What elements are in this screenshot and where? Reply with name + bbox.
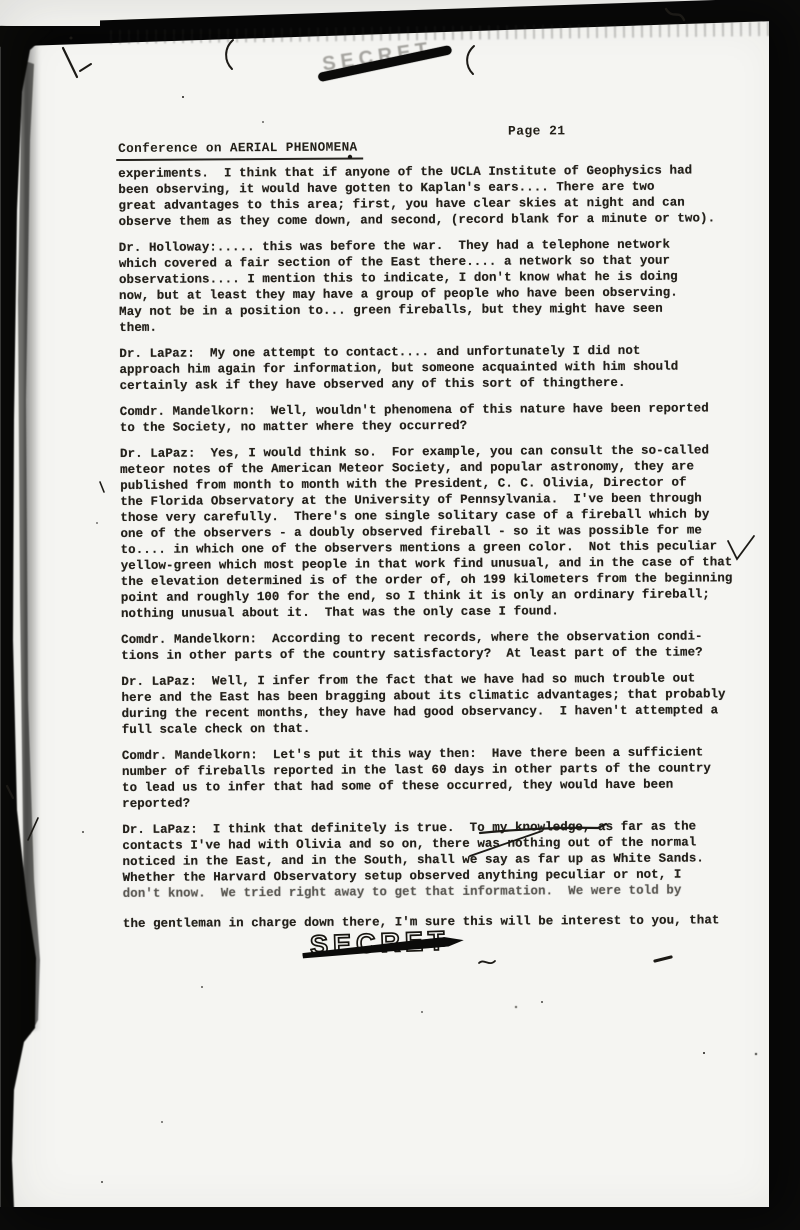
margin-tick-mark bbox=[100, 482, 104, 492]
page-number: Page 21 bbox=[508, 123, 566, 138]
page-content: Page 21 Conference on AERIAL PHENOMENA e… bbox=[118, 122, 763, 942]
transcript-paragraph-lapaz: Dr. LaPaz: I think that definitely is tr… bbox=[122, 818, 762, 886]
scan-mark-paren-left bbox=[226, 40, 233, 69]
transcript-paragraph-lapaz: Dr. LaPaz: My one attempt to contact....… bbox=[119, 342, 759, 394]
transcript-body: experiments. I think that if anyone of t… bbox=[118, 122, 763, 932]
transcript-paragraph-mandelkorn: Comdr. Mandelkorn: Well, wouldn't phenom… bbox=[120, 400, 760, 436]
transcript-paragraph-mandelkorn: Comdr. Mandelkorn: According to recent r… bbox=[121, 628, 761, 664]
scan-border-bottom bbox=[0, 1207, 800, 1230]
pen-mark-top-left-tick bbox=[80, 64, 91, 71]
transcript-paragraph-faded-line: don't know. We tried right away to get t… bbox=[123, 882, 763, 902]
transcript-paragraph-holloway: Dr. Holloway:..... this was before the w… bbox=[119, 236, 760, 336]
scanned-document-page: SECRET Page 21 Conference on AERIAL PHEN… bbox=[0, 0, 800, 1230]
scan-mark-paren-right bbox=[467, 46, 474, 74]
scan-mark-tilde bbox=[479, 961, 495, 963]
transcript-paragraph-lapaz: Dr. LaPaz: Well, I infer from the fact t… bbox=[121, 670, 761, 738]
classification-stamp-top: SECRET bbox=[321, 38, 434, 76]
scan-mark-arrow bbox=[655, 957, 671, 961]
transcript-paragraph-mandelkorn: Comdr. Mandelkorn: Let's put it this way… bbox=[122, 744, 762, 812]
document-title: Conference on AERIAL PHENOMENA bbox=[116, 140, 364, 162]
classification-stamp-bottom: SECRET bbox=[310, 926, 451, 962]
scan-border-right bbox=[769, 0, 800, 1230]
scan-border-left bbox=[0, 0, 70, 1230]
transcript-paragraph-lapaz: Dr. LaPaz: Yes, I would think so. For ex… bbox=[120, 442, 761, 622]
transcript-paragraph: experiments. I think that if anyone of t… bbox=[118, 162, 758, 230]
